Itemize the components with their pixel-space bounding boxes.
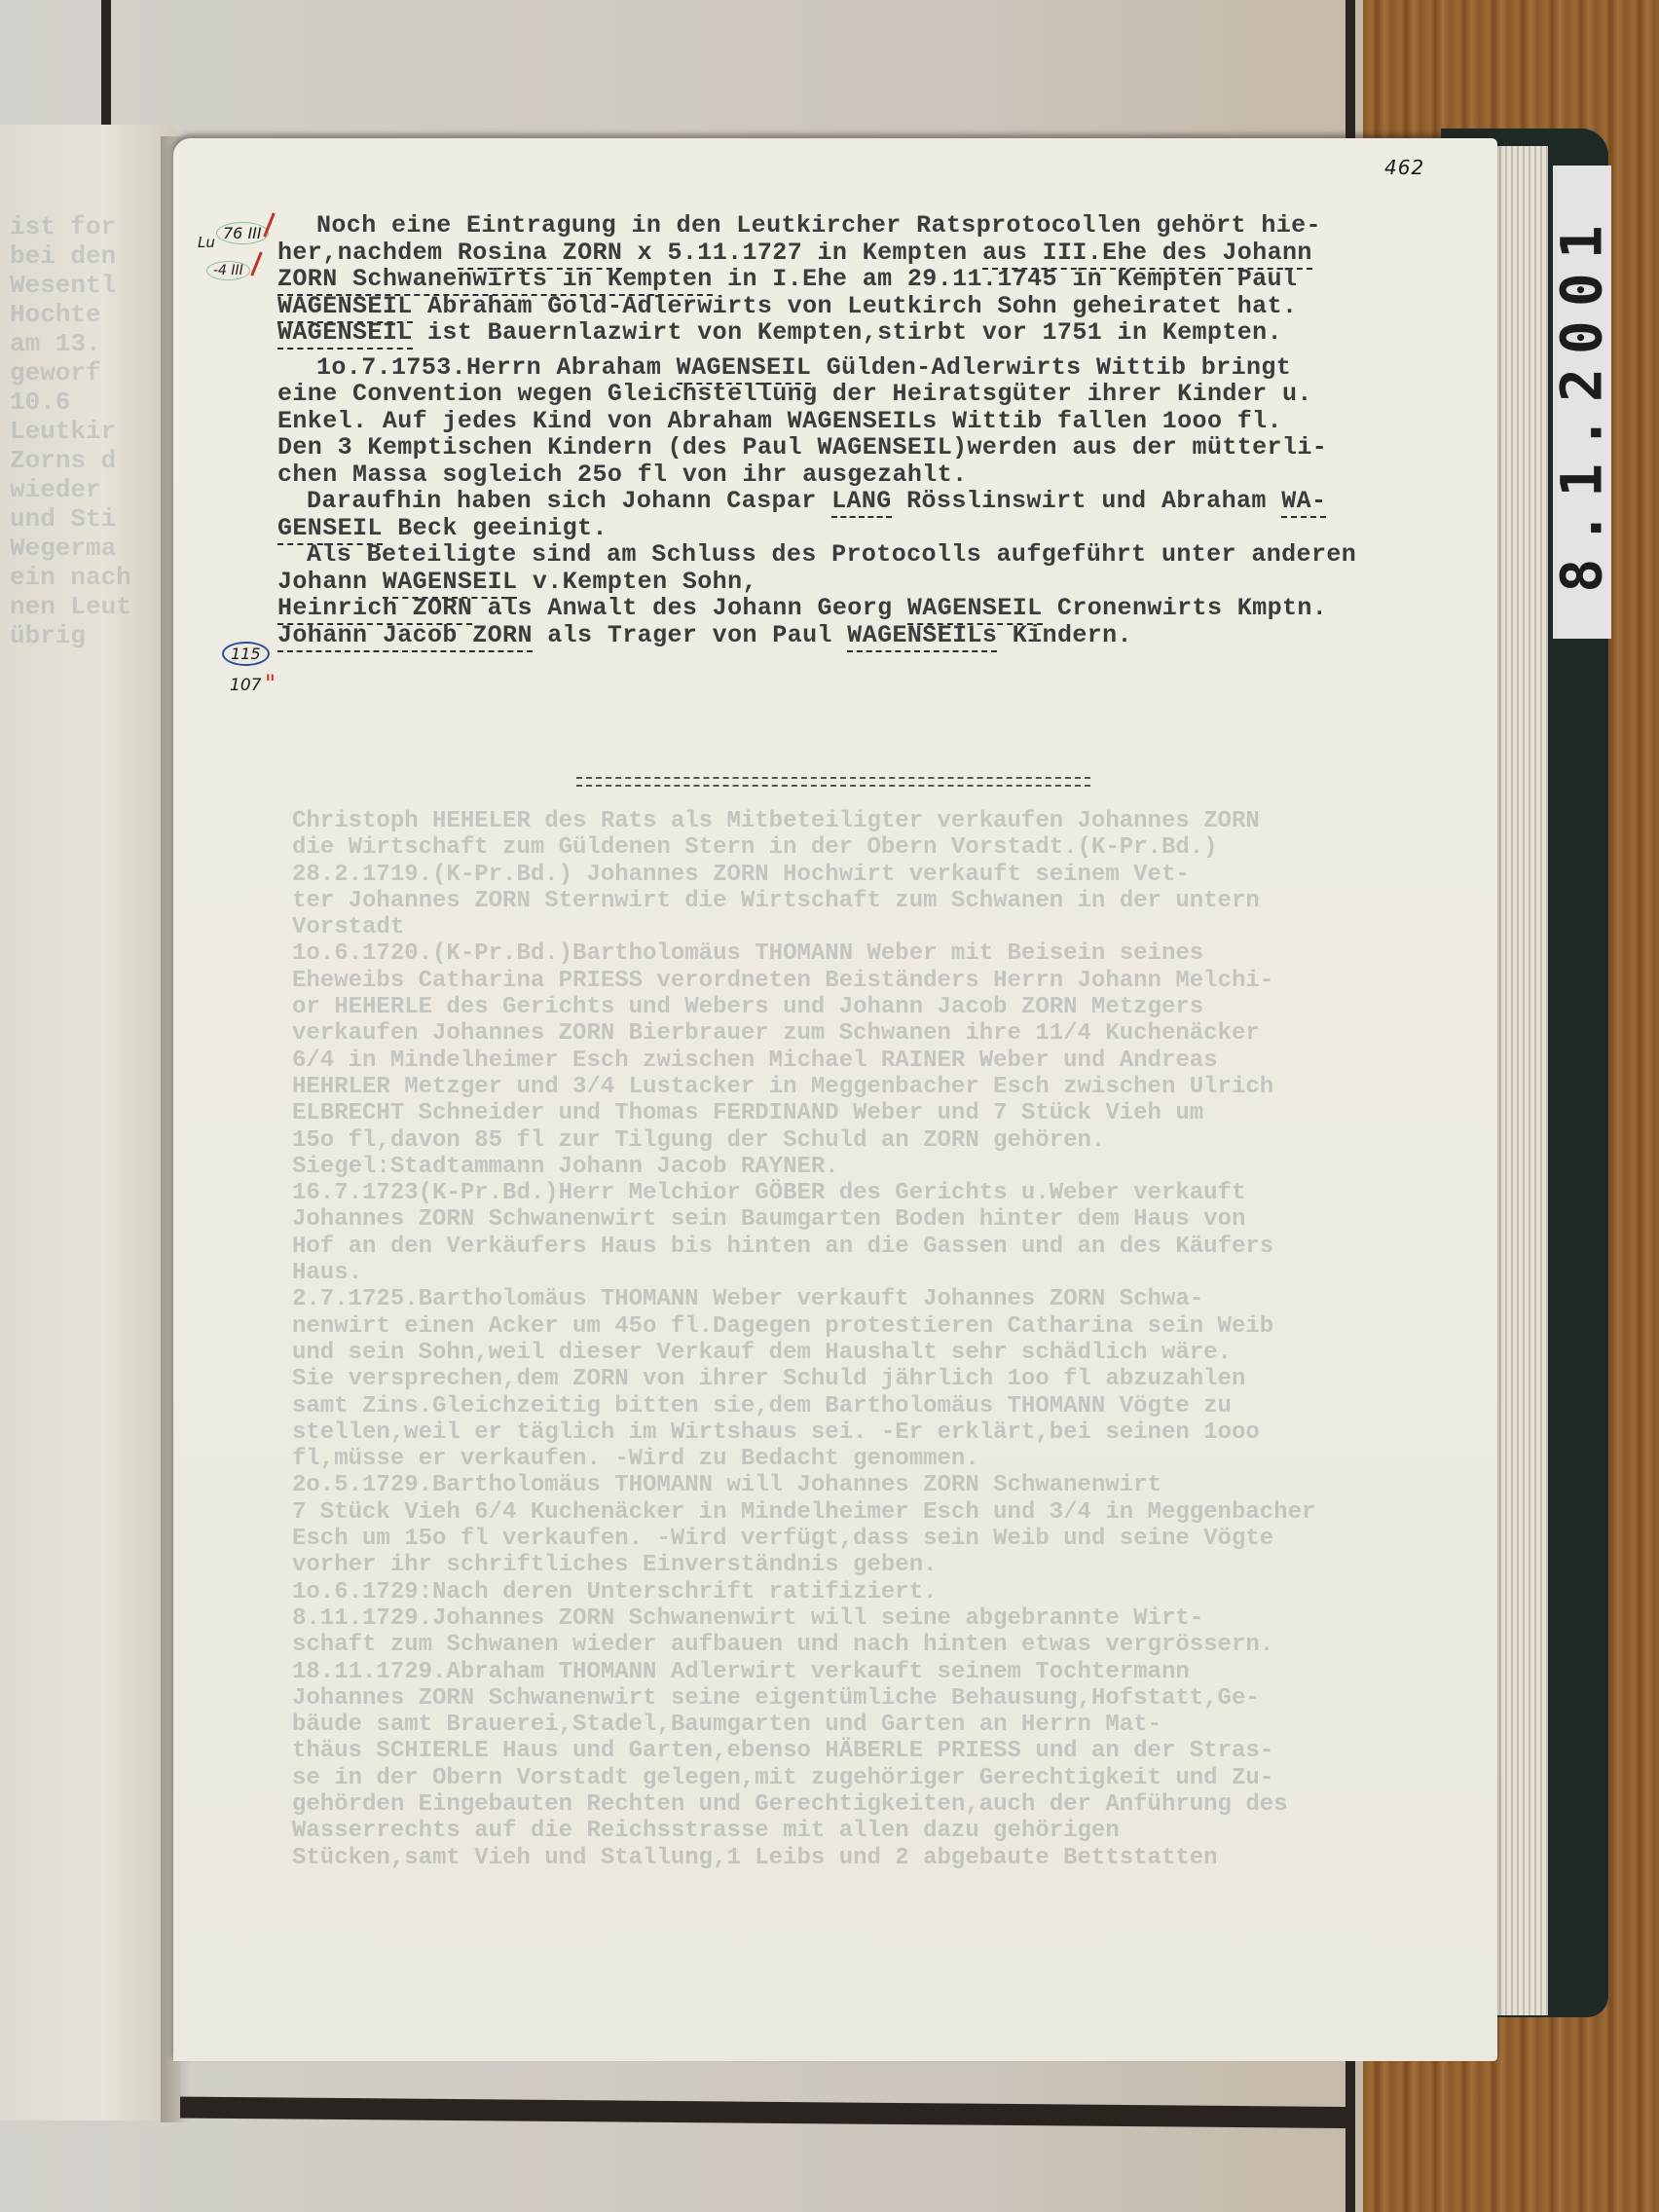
bleed-through-line: Johannes ZORN Schwanenwirt sein Baumgart… <box>292 1206 1499 1233</box>
bleed-through-line: Vorstadt <box>292 914 1499 940</box>
text-line: Als Beteiligte sind am Schluss des Proto… <box>277 541 1494 569</box>
bleed-through-line: Siegel:Stadtammann Johann Jacob RAYNER. <box>292 1154 1499 1180</box>
bleed-through-line: Hof an den Verkäufers Haus bis hinten an… <box>292 1234 1499 1260</box>
bleed-through-line: 8.11.1729.Johannes ZORN Schwanenwirt wil… <box>292 1605 1499 1632</box>
bleed-through-line: se in der Obern Vorstadt gelegen,mit zug… <box>292 1765 1499 1791</box>
bleed-through-line: ELBRECHT Schneider und Thomas FERDINAND … <box>292 1100 1499 1126</box>
bleed-through-text: Christoph HEHELER des Rats als Mitbeteil… <box>292 808 1499 1871</box>
text-line: Johann Jacob ZORN als Trager von Paul WA… <box>277 622 1494 649</box>
text-line: eine Convention wegen Gleichstellung der… <box>277 381 1494 408</box>
date-stamp-text: 8.1.2001 <box>1549 211 1615 592</box>
text-line: her,nachdem Rosina ZORN x 5.11.1727 in K… <box>277 240 1494 267</box>
text-line: Heinrich ZORN als Anwalt des Johann Geor… <box>277 595 1494 622</box>
text-line: GENSEIL Beck geeinigt. <box>277 515 1494 542</box>
bleed-through-line: bäude samt Brauerei,Stadel,Baumgarten un… <box>292 1712 1499 1738</box>
margin-note-circled-115: 115 <box>222 642 270 666</box>
bleed-through-line: or HEHERLE des Gerichts und Webers und J… <box>292 994 1499 1020</box>
bleed-through-line: Haus. <box>292 1260 1499 1286</box>
date-stamp: 8.1.2001 <box>1553 166 1611 639</box>
bleed-through-line: 1o.6.1729:Nach deren Unterschrift ratifi… <box>292 1579 1499 1605</box>
red-ditto-mark: " <box>265 670 276 697</box>
text-line: 1o.7.1753.Herrn Abraham WAGENSEIL Gülden… <box>277 354 1494 382</box>
margin-note-circled-76: 76 III <box>216 222 269 244</box>
text-line: Noch eine Eintragung in den Leutkircher … <box>277 212 1494 240</box>
bleed-through-line: thäus SCHIERLE Haus und Garten,ebenso HÄ… <box>292 1738 1499 1764</box>
bleed-through-line: ter Johannes ZORN Sternwirt die Wirtscha… <box>292 888 1499 914</box>
text-line: WAGENSEIL Abraham Gold-Adlerwirts von Le… <box>277 293 1494 320</box>
text-line: chen Massa sogleich 25o fl von ihr ausge… <box>277 461 1494 489</box>
margin-note-lu: Lu <box>198 234 215 251</box>
margin-note-107: 107 <box>230 676 261 695</box>
bleed-through-line: fl,müsse er verkaufen. -Wird zu Bedacht … <box>292 1446 1499 1472</box>
text-line: Enkel. Auf jedes Kind von Abraham WAGENS… <box>277 408 1494 435</box>
bleed-through-line: Christoph HEHELER des Rats als Mitbeteil… <box>292 808 1499 834</box>
bleed-through-line: nenwirt einen Acker um 45o fl.Dagegen pr… <box>292 1313 1499 1340</box>
bleed-through-line: die Wirtschaft zum Güldenen Stern in der… <box>292 834 1499 861</box>
bleed-through-line: Stücken,samt Vieh und Stallung,1 Leibs u… <box>292 1845 1499 1871</box>
text-line: WAGENSEIL ist Bauernlazwirt von Kempten,… <box>277 319 1494 347</box>
bleed-through-line: stellen,weil er täglich im Wirtshaus sei… <box>292 1419 1499 1446</box>
bleed-through-line: Sie versprechen,dem ZORN von ihrer Schul… <box>292 1366 1499 1392</box>
bleed-through-line: gehörden Eingebauten Rechten und Gerecht… <box>292 1791 1499 1818</box>
bleed-through-line: 2o.5.1729.Bartholomäus THOMANN will Joha… <box>292 1472 1499 1498</box>
text-line: Johann WAGENSEIL v.Kempten Sohn, <box>277 569 1494 596</box>
text-line: ZORN Schwanenwirts in Kempten in I.Ehe a… <box>277 266 1494 293</box>
bleed-through-line: 6/4 in Mindelheimer Esch zwischen Michae… <box>292 1048 1499 1074</box>
bleed-through-line: verkaufen Johannes ZORN Bierbrauer zum S… <box>292 1020 1499 1047</box>
bleed-through-line: 15o fl,davon 85 fl zur Tilgung der Schul… <box>292 1127 1499 1154</box>
bleed-through-line: 28.2.1719.(K-Pr.Bd.) Johannes ZORN Hochw… <box>292 862 1499 888</box>
bleed-through-line: 7 Stück Vieh 6/4 Kuchenäcker in Mindelhe… <box>292 1499 1499 1526</box>
document-body: Noch eine Eintragung in den Leutkircher … <box>277 212 1494 648</box>
bleed-through-line: Esch um 15o fl verkaufen. -Wird verfügt,… <box>292 1526 1499 1552</box>
bleed-through-line: 2.7.1725.Bartholomäus THOMANN Weber verk… <box>292 1286 1499 1312</box>
page-number: 462 <box>1384 156 1424 179</box>
bleed-through-line: schaft zum Schwanen wieder aufbauen und … <box>292 1632 1499 1658</box>
bleed-through-line: 18.11.1729.Abraham THOMANN Adlerwirt ver… <box>292 1659 1499 1685</box>
left-page: ist for bei den Wesentl Hochte am 13. ge… <box>0 125 180 2120</box>
bleed-through-line: samt Zins.Gleichzeitig bitten sie,dem Ba… <box>292 1393 1499 1419</box>
text-line: Den 3 Kemptischen Kindern (des Paul WAGE… <box>277 434 1494 461</box>
bleed-through-line: Eheweibs Catharina PRIESS verordneten Be… <box>292 968 1499 994</box>
bleed-through-line: HEHRLER Metzger und 3/4 Lustacker in Meg… <box>292 1074 1499 1100</box>
bleed-through-line: vorher ihr schriftliches Einverständnis … <box>292 1552 1499 1578</box>
bleed-through-line: Johannes ZORN Schwanenwirt seine eigentü… <box>292 1685 1499 1712</box>
left-page-ghost-text: ist for bei den Wesentl Hochte am 13. ge… <box>10 212 131 650</box>
bleed-through-line: Wasserrechts auf die Reichsstrasse mit a… <box>292 1818 1499 1844</box>
bleed-through-line: und sein Sohn,weil dieser Verkauf dem Ha… <box>292 1340 1499 1366</box>
section-separator <box>576 777 1090 787</box>
bleed-through-line: 16.7.1723(K-Pr.Bd.)Herr Melchior GÖBER d… <box>292 1180 1499 1206</box>
bleed-through-line: 1o.6.1720.(K-Pr.Bd.)Bartholomäus THOMANN… <box>292 940 1499 967</box>
margin-note-circled-4: -4 III <box>206 261 250 280</box>
text-line: Daraufhin haben sich Johann Caspar LANG … <box>277 488 1494 515</box>
